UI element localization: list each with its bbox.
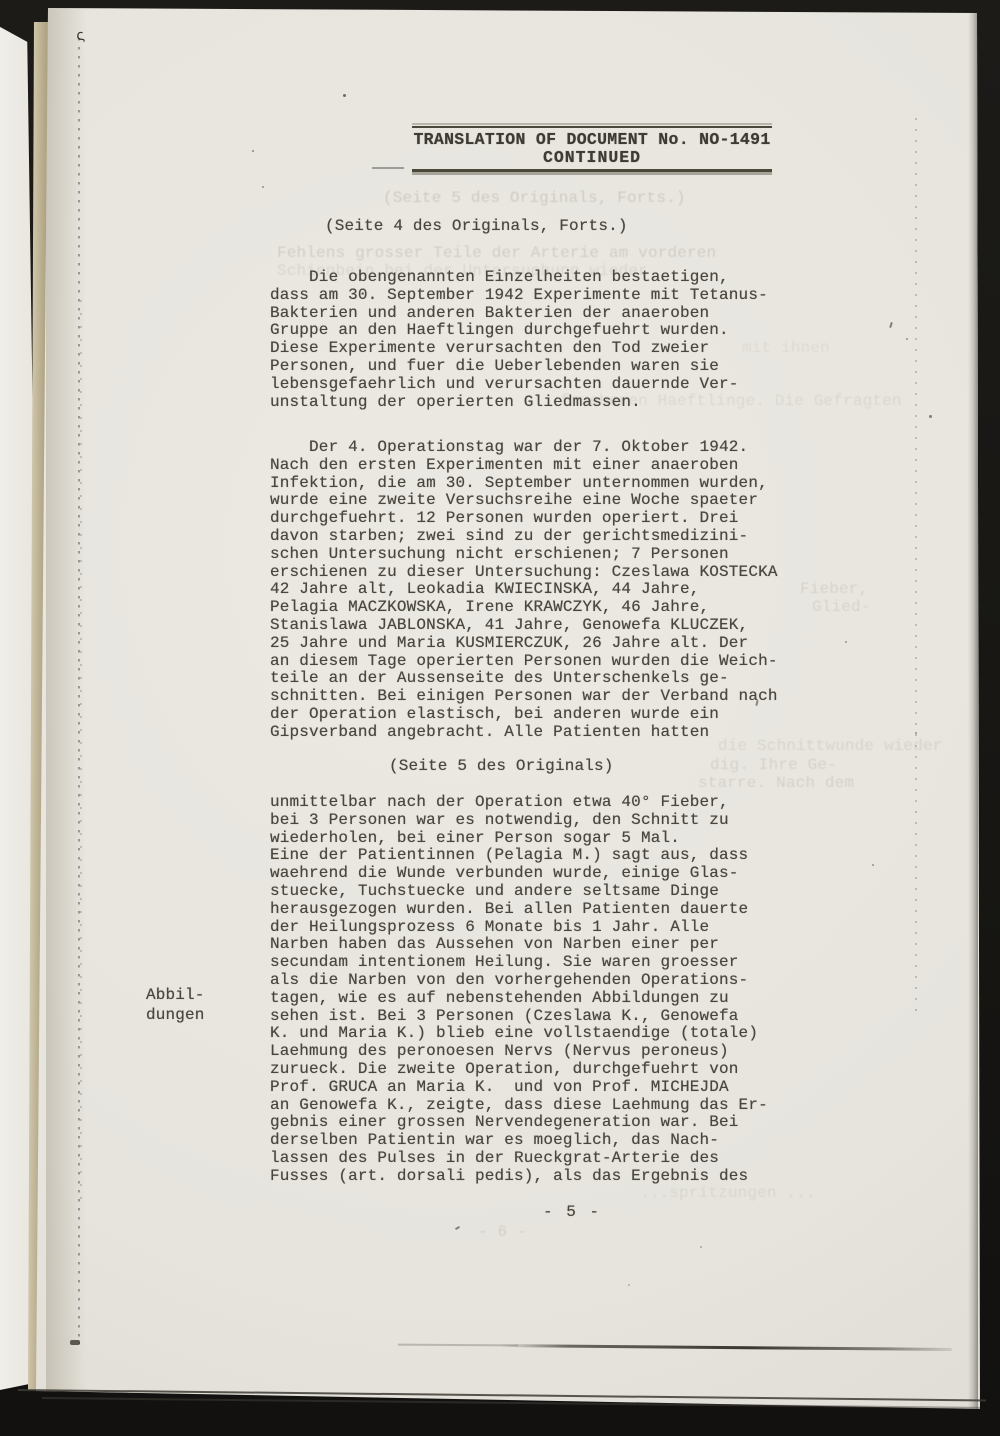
- speck: [906, 338, 908, 340]
- margin-note-abbildungen: Abbil- dungen: [146, 986, 205, 1025]
- section-heading-seite-4: (Seite 4 des Originals, Forts.): [325, 218, 628, 236]
- bleedthrough-text: Fehlens grosser Teile der Arterie am vor…: [277, 245, 716, 263]
- document-subtitle: CONTINUED: [412, 149, 772, 167]
- body-paragraph-2: Der 4. Operationstag war der 7. Oktober …: [270, 439, 778, 742]
- page-number: - 5 -: [543, 1204, 601, 1222]
- right-fold-dotted-line: [915, 118, 917, 1018]
- speck: [929, 415, 932, 418]
- left-perforation-dotted-line-2: [80, 300, 82, 1200]
- scan-background: (Seite 5 des Originals, Forts.) Fehlens …: [0, 0, 1000, 1436]
- speck: [700, 1246, 702, 1248]
- bleedthrough-text: (Seite 5 des Originals, Forts.): [383, 190, 686, 208]
- body-paragraph-1: Die obengenannten Einzelheiten bestaetig…: [270, 269, 768, 411]
- speck: [455, 1226, 460, 1230]
- ink-blob: [70, 1340, 80, 1345]
- speck: [915, 732, 917, 734]
- header-rule-top: [412, 126, 772, 128]
- bleedthrough-verso-page-number: - 6 -: [478, 1224, 527, 1242]
- document-header: TRANSLATION OF DOCUMENT No. NO-1491 CONT…: [412, 126, 772, 172]
- bleedthrough-text: dig. Ihre Ge-: [710, 757, 837, 775]
- header-rule-bottom: [412, 169, 772, 172]
- ink-squiggle-mark: ς: [75, 31, 86, 43]
- speck: [872, 864, 874, 866]
- speck: [628, 1284, 630, 1286]
- header-dash-mark: [372, 167, 404, 169]
- document-title: TRANSLATION OF DOCUMENT No. NO-1491: [412, 131, 772, 149]
- document-page: (Seite 5 des Originals, Forts.) Fehlens …: [0, 0, 1000, 1436]
- speck: [252, 150, 254, 152]
- speck: [889, 322, 893, 328]
- speck: [262, 186, 264, 188]
- section-heading-seite-5: (Seite 5 des Originals): [389, 758, 614, 776]
- page-right-edge: [968, 8, 978, 1410]
- speck: [845, 641, 847, 643]
- bleedthrough-text: ...spritzungen ...: [640, 1185, 816, 1203]
- bleedthrough-text: starre. Nach dem: [698, 775, 854, 793]
- speck: [343, 94, 346, 97]
- bleedthrough-text: Fieber,: [800, 581, 868, 599]
- body-paragraph-3: unmittelbar nach der Operation etwa 40° …: [270, 794, 768, 1186]
- bleedthrough-text: Glied-: [812, 599, 871, 617]
